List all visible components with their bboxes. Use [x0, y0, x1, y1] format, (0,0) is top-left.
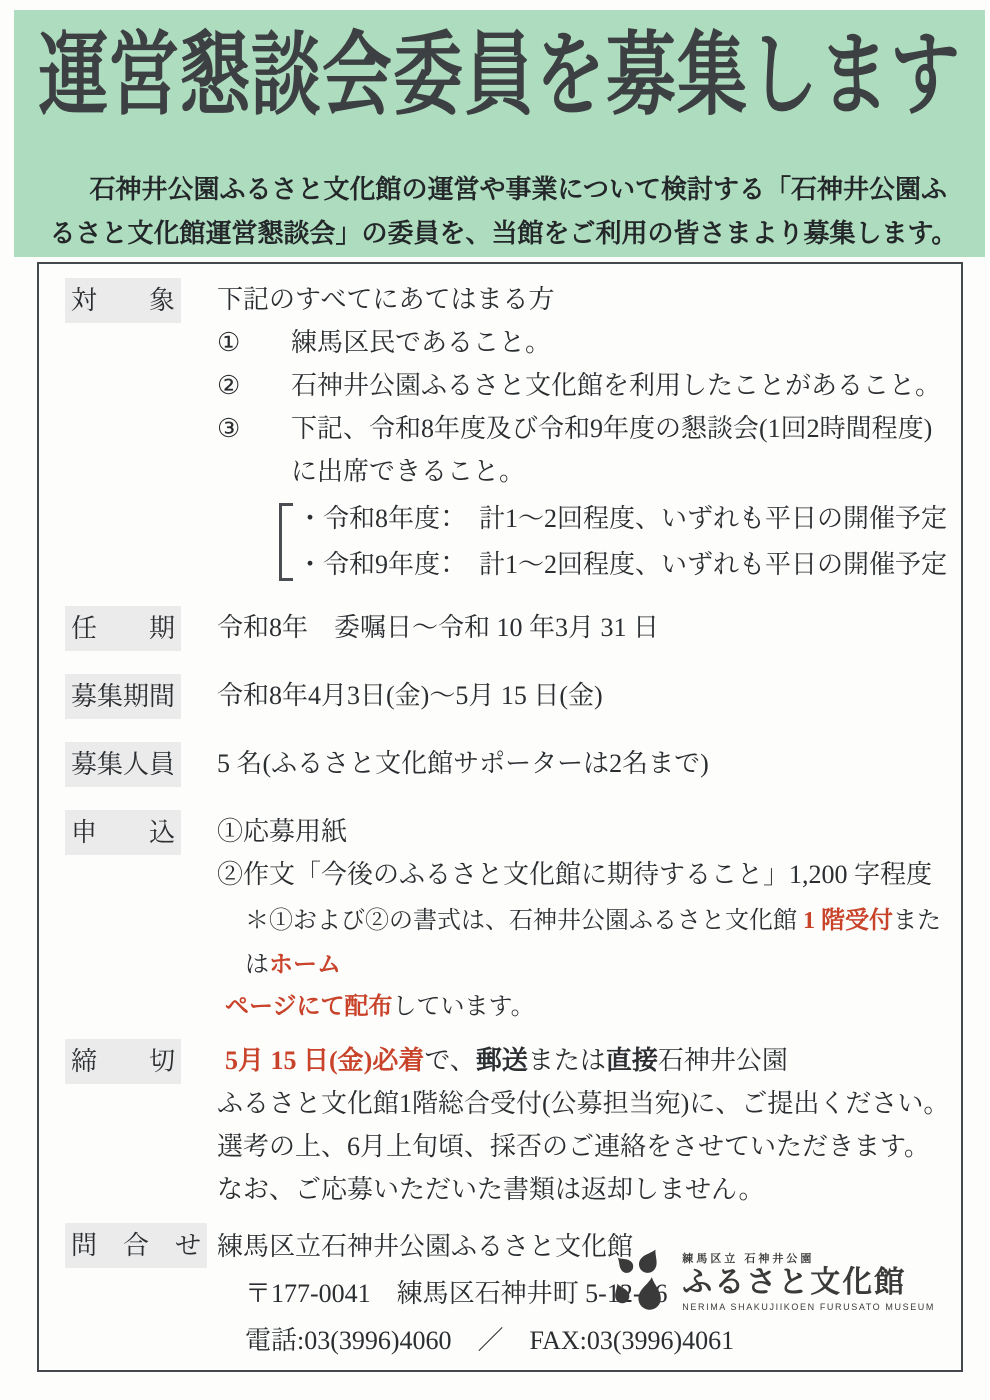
note-text-3: しています。	[393, 994, 535, 1020]
subtitle-line-2: るさと文化館運営懇談会」の委員を、当館をご利用の皆さまより募集します。	[50, 212, 950, 256]
flyer-page: 運営懇談会委員を募集します 石神井公園ふるさと文化館の運営や事業について検討する…	[0, 0, 990, 1400]
term-text: 令和8年 委嘱日～令和 10 年3月 31 日	[217, 606, 951, 649]
target-item-1-text: 練馬区民であること。	[291, 328, 551, 357]
deadline-text-2: または	[528, 1046, 606, 1075]
section-deadline: 締 切 5月 15 日(金)必着で、郵送または直接石神井公園 ふるさと文化館1階…	[65, 1039, 951, 1211]
deadline-date-highlight: 5月 15 日(金)必着	[225, 1046, 424, 1075]
deadline-line-2: ふるさと文化館1階総合受付(公募担当宛)に、ご提出ください。	[217, 1082, 951, 1125]
deadline-label-text: 締 切	[65, 1039, 181, 1084]
deadline-line-1: 5月 15 日(金)必着で、郵送または直接石神井公園	[225, 1039, 951, 1082]
target-intro: 下記のすべてにあてはまる方	[217, 278, 951, 321]
application-note-line-1: ＊①および②の書式は、石神井公園ふるさと文化館 1 階受付またはホーム	[245, 899, 951, 987]
deadline-text-1: で、	[424, 1046, 475, 1075]
application-label: 申 込	[65, 810, 217, 858]
schedule-bracket-icon	[279, 503, 291, 581]
application-label-text: 申 込	[65, 810, 181, 855]
schedule-line-1: ・令和8年度： 計1～2回程度、いずれも平日の開催予定	[297, 496, 951, 542]
deadline-mail-emphasis: 郵送	[476, 1046, 528, 1075]
section-application-period: 募集期間 令和8年4月3日(金)～5月 15 日(金)	[65, 674, 951, 722]
openings-text: 5 名(ふるさと文化館サポーターは2名まで)	[217, 742, 951, 785]
deadline-label: 締 切	[65, 1039, 217, 1087]
logo-museum-name: ふるさと文化館	[682, 1266, 935, 1301]
section-openings: 募集人員 5 名(ふるさと文化館サポーターは2名まで)	[65, 742, 951, 790]
target-label-text: 対 象	[65, 278, 181, 323]
term-label-text: 任 期	[65, 606, 181, 651]
note-text-1: ＊①および②の書式は、石神井公園ふるさと文化館	[245, 908, 803, 934]
target-item-1: ①練馬区民であること。	[217, 321, 951, 364]
logo-ward-text: 練馬区立 石神井公園	[682, 1250, 935, 1266]
target-item-2-text: 石神井公園ふるさと文化館を利用したことがあること。	[291, 371, 941, 400]
application-line-2: ②作文「今後のふるさと文化館に期待すること」1,200 字程度	[217, 853, 951, 896]
application-content: ①応募用紙 ②作文「今後のふるさと文化館に期待すること」1,200 字程度 ＊①…	[217, 810, 951, 1027]
openings-label: 募集人員	[65, 742, 217, 790]
contact-label-text: 問 合 せ	[65, 1223, 207, 1268]
target-item-2: ②石神井公園ふるさと文化館を利用したことがあること。	[217, 364, 951, 407]
deadline-content: 5月 15 日(金)必着で、郵送または直接石神井公園 ふるさと文化館1階総合受付…	[217, 1039, 951, 1211]
contact-label: 問 合 せ	[65, 1223, 217, 1271]
deadline-line-3: 選考の上、6月上旬頃、採否のご連絡をさせていただきます。	[217, 1125, 951, 1168]
furusato-museum-logo: 練馬区立 石神井公園 ふるさと文化館 NERIMA SHAKUJIIKOEN F…	[614, 1248, 935, 1314]
contact-phone-fax: 電話:03(3996)4060 ／ FAX:03(3996)4061	[245, 1317, 951, 1364]
note-homepage-highlight-1: ホーム	[269, 952, 341, 978]
header-banner: 運営懇談会委員を募集します 石神井公園ふるさと文化館の運営や事業について検討する…	[14, 10, 985, 257]
page-title: 運営懇談会委員を募集します	[14, 32, 985, 123]
openings-label-text: 募集人員	[65, 742, 181, 787]
section-term: 任 期 令和8年 委嘱日～令和 10 年3月 31 日	[65, 606, 951, 654]
target-item-1-number: ①	[217, 321, 291, 364]
note-reception-highlight: 1 階受付	[803, 908, 893, 934]
content-box: 対 象 下記のすべてにあてはまる方 ①練馬区民であること。 ②石神井公園ふるさと…	[37, 262, 963, 1372]
target-item-3-number: ③	[217, 407, 291, 450]
application-period-label: 募集期間	[65, 674, 217, 722]
target-label: 対 象	[65, 278, 217, 326]
schedule-line-2: ・令和9年度： 計1～2回程度、いずれも平日の開催予定	[297, 542, 951, 588]
furusato-museum-logo-text: 練馬区立 石神井公園 ふるさと文化館 NERIMA SHAKUJIIKOEN F…	[682, 1250, 935, 1313]
deadline-line-4: なお、ご応募いただいた書類は返却しません。	[217, 1168, 951, 1211]
application-line-1: ①応募用紙	[217, 810, 951, 853]
deadline-text-3: 石神井公園	[658, 1046, 788, 1075]
logo-english-name: NERIMA SHAKUJIIKOEN FURUSATO MUSEUM	[682, 1302, 935, 1312]
application-note-line-2: ページにて配布しています。	[225, 987, 951, 1027]
meeting-schedule: ・令和8年度： 計1～2回程度、いずれも平日の開催予定 ・令和9年度： 計1～2…	[279, 496, 951, 588]
term-label: 任 期	[65, 606, 217, 654]
subtitle: 石神井公園ふるさと文化館の運営や事業について検討する「石神井公園ふ るさと文化館…	[50, 168, 950, 256]
note-homepage-highlight-2: ページにて配布	[225, 994, 393, 1020]
target-item-3-text: 下記、令和8年度及び令和9年度の懇談会(1回2時間程度)	[291, 414, 932, 443]
application-period-label-text: 募集期間	[65, 674, 181, 719]
section-application: 申 込 ①応募用紙 ②作文「今後のふるさと文化館に期待すること」1,200 字程…	[65, 810, 951, 1027]
target-item-3-continuation: に出席できること。	[291, 450, 951, 493]
target-item-3: ③下記、令和8年度及び令和9年度の懇談会(1回2時間程度)	[217, 407, 951, 450]
application-period-text: 令和8年4月3日(金)～5月 15 日(金)	[217, 674, 951, 717]
target-content: 下記のすべてにあてはまる方 ①練馬区民であること。 ②石神井公園ふるさと文化館を…	[217, 278, 951, 588]
furusato-museum-logo-icon	[614, 1248, 672, 1314]
section-target: 対 象 下記のすべてにあてはまる方 ①練馬区民であること。 ②石神井公園ふるさと…	[65, 278, 951, 588]
deadline-direct-emphasis: 直接	[606, 1046, 658, 1075]
subtitle-line-1: 石神井公園ふるさと文化館の運営や事業について検討する「石神井公園ふ	[50, 168, 950, 212]
target-item-2-number: ②	[217, 364, 291, 407]
